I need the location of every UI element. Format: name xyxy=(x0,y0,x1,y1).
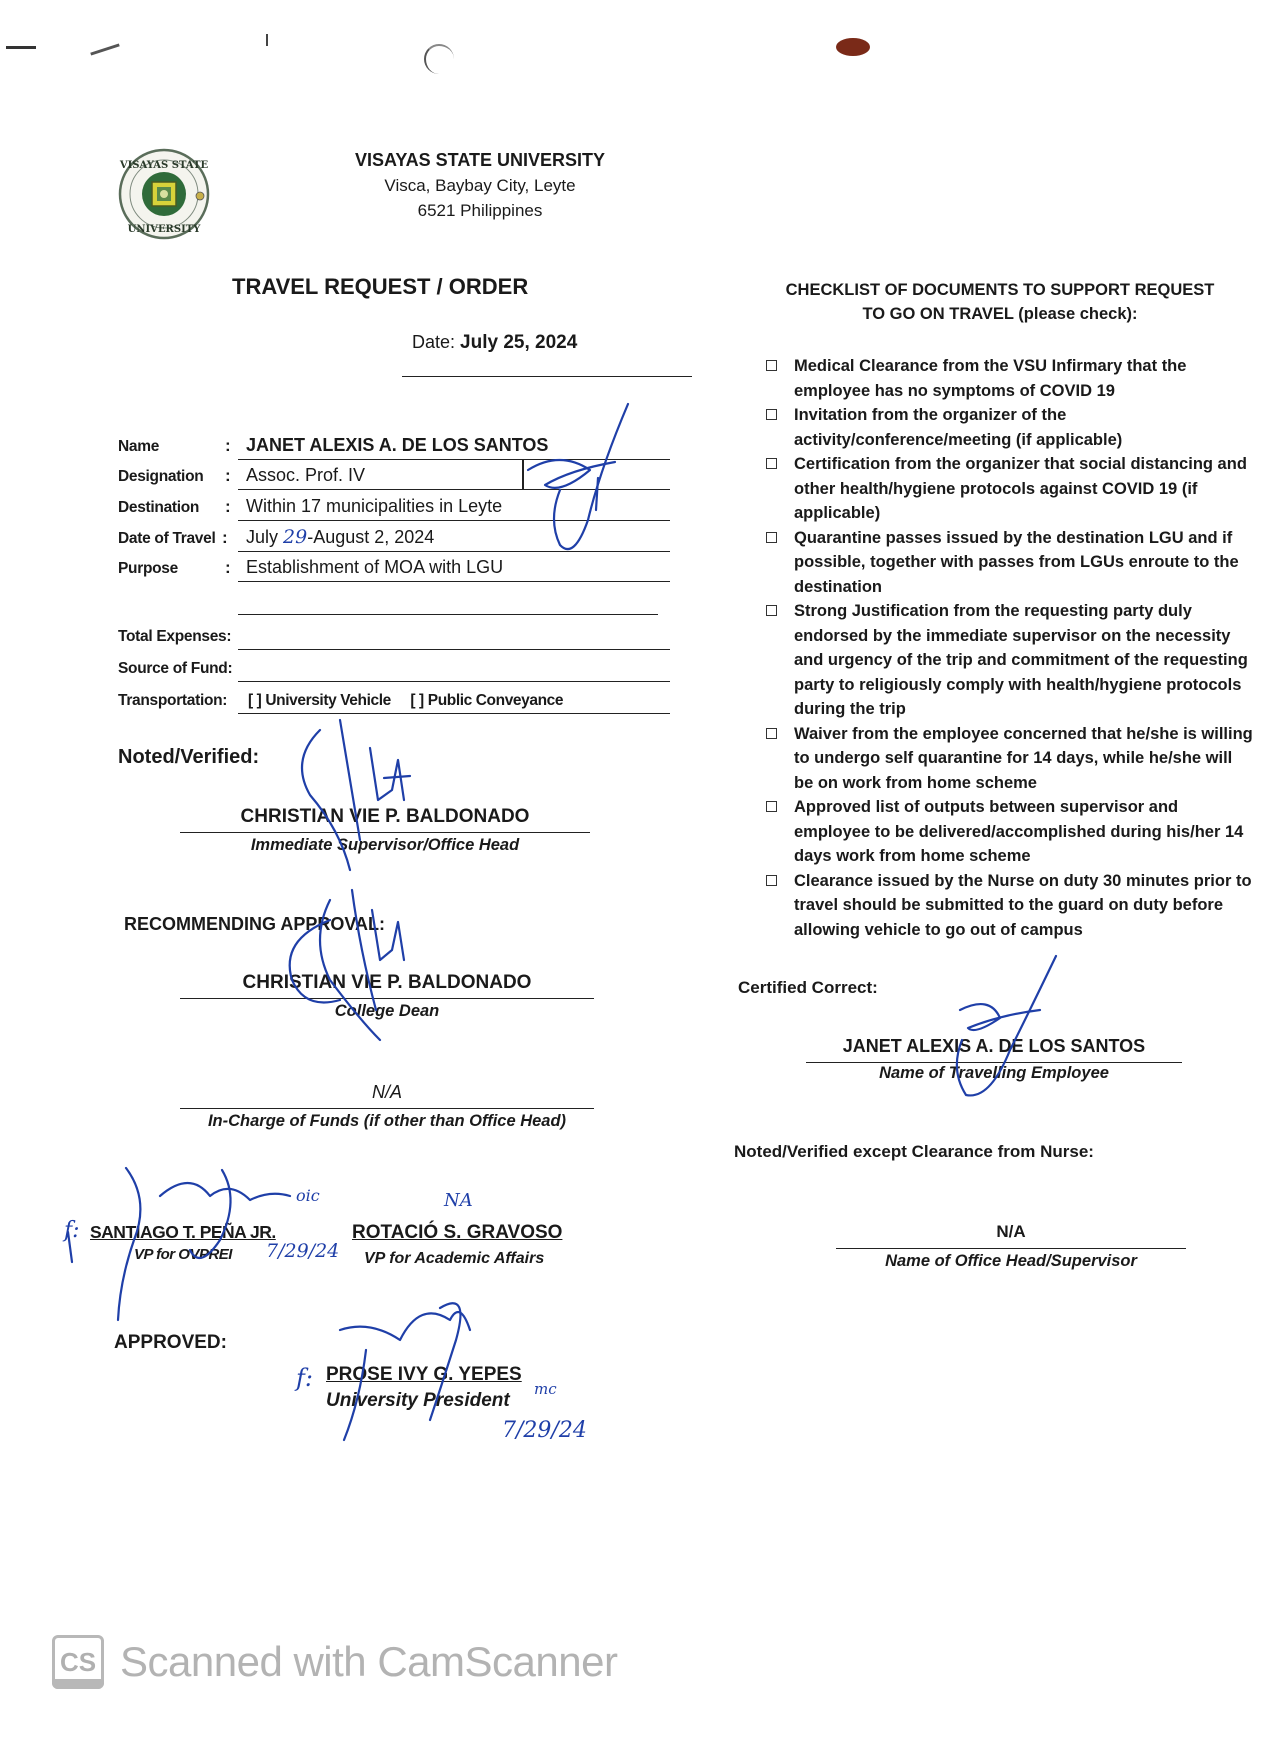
date-label: Date: xyxy=(412,332,455,352)
handwritten-day: 29 xyxy=(283,526,307,548)
president-name: PROSE IVY G. YEPES xyxy=(326,1364,522,1386)
checklist-item-certification[interactable]: Certification from the organizer that so… xyxy=(764,452,1254,526)
president-prefix: f: xyxy=(296,1364,313,1392)
seal-icon: VISAYAS STATE UNIVERSITY xyxy=(118,148,210,240)
checklist: Medical Clearance from the VSU Infirmary… xyxy=(764,354,1254,942)
field-underline xyxy=(238,581,670,582)
option-label: Public Conveyance xyxy=(428,692,563,709)
office-head-name: N/A xyxy=(836,1222,1186,1242)
recommending-approval-label: RECOMMENDING APPROVAL: xyxy=(124,914,385,935)
vp-ovprei-oic-note: oic xyxy=(296,1186,320,1205)
checklist-title-line-2: TO GO ON TRAVEL (please check): xyxy=(770,302,1230,326)
field-label: Designation xyxy=(118,468,203,486)
field-label: Date of Travel xyxy=(118,530,215,548)
field-total-expenses[interactable]: Total Expenses: xyxy=(118,620,658,650)
travel-end-date: -August 2, 2024 xyxy=(307,527,434,547)
field-underline xyxy=(238,649,670,650)
colon: : xyxy=(222,528,228,548)
scan-artifact-tick xyxy=(266,34,268,46)
checklist-item-nurse-clearance[interactable]: Clearance issued by the Nurse on duty 30… xyxy=(764,869,1254,943)
dean-name: CHRISTIAN VIE P. BALDONADO xyxy=(180,972,594,994)
field-underline xyxy=(238,489,670,490)
purpose-extra-line xyxy=(238,614,658,615)
dean-title: College Dean xyxy=(180,1002,594,1021)
field-label: Transportation: xyxy=(118,692,227,710)
field-underline xyxy=(238,713,670,714)
employee-signature-line xyxy=(806,1062,1182,1063)
field-designation[interactable]: Designation : Assoc. Prof. IV xyxy=(118,460,658,490)
field-value: JANET ALEXIS A. DE LOS SANTOS xyxy=(246,435,548,456)
supervisor-title: Immediate Supervisor/Office Head xyxy=(180,836,590,855)
funds-signature-line xyxy=(180,1108,594,1109)
field-label: Source of Fund: xyxy=(118,660,232,678)
checklist-item-medical-clearance[interactable]: Medical Clearance from the VSU Infirmary… xyxy=(764,354,1254,403)
checklist-item-text: Strong Justification from the requesting… xyxy=(794,602,1248,718)
checkbox[interactable] xyxy=(766,458,777,469)
checklist-item-text: Quarantine passes issued by the destinat… xyxy=(794,529,1239,596)
camscanner-logo-icon: CS xyxy=(52,1635,104,1689)
option-label: University Vehicle xyxy=(265,692,390,709)
checkbox[interactable] xyxy=(766,728,777,739)
date-value: July 25, 2024 xyxy=(460,332,577,353)
field-source-of-fund[interactable]: Source of Fund: xyxy=(118,652,658,682)
vp-ovprei-sign-date: 7/29/24 xyxy=(266,1240,339,1262)
checkbox[interactable] xyxy=(766,801,777,812)
field-destination[interactable]: Destination : Within 17 municipalities i… xyxy=(118,491,658,521)
president-mc-note: mc xyxy=(534,1380,557,1398)
checklist-title-line-1: CHECKLIST OF DOCUMENTS TO SUPPORT REQUES… xyxy=(770,278,1230,302)
field-label: Purpose xyxy=(118,560,178,578)
funds-name: N/A xyxy=(180,1082,594,1103)
scan-artifact-fold xyxy=(90,43,119,55)
field-value: July 29-August 2, 2024 xyxy=(246,526,434,548)
checklist-item-text: Certification from the organizer that so… xyxy=(794,455,1247,522)
university-name: VISAYAS STATE UNIVERSITY xyxy=(330,148,630,173)
svg-text:VISAYAS STATE: VISAYAS STATE xyxy=(119,160,209,171)
camscanner-watermark: CS Scanned with CamScanner xyxy=(52,1632,617,1692)
scan-artifact-top-left xyxy=(6,46,36,49)
checkbox-bracket[interactable]: [ ] xyxy=(248,692,261,709)
checkbox[interactable] xyxy=(766,875,777,886)
certified-correct-label: Certified Correct: xyxy=(738,978,878,998)
colon: : xyxy=(225,558,231,578)
watermark-text: Scanned with CamScanner xyxy=(120,1638,617,1686)
field-underline xyxy=(238,681,670,682)
punch-hole xyxy=(424,44,454,74)
checklist-item-text: Approved list of outputs between supervi… xyxy=(794,798,1243,865)
transport-option-university-vehicle[interactable]: [ ] University Vehicle xyxy=(248,692,391,709)
colon: : xyxy=(225,436,231,456)
checklist-item-invitation[interactable]: Invitation from the organizer of the act… xyxy=(764,403,1254,452)
field-transportation: Transportation: [ ] University Vehicle [… xyxy=(118,684,658,714)
checklist-item-justification[interactable]: Strong Justification from the requesting… xyxy=(764,599,1254,722)
checklist-item-text: Waiver from the employee concerned that … xyxy=(794,725,1253,792)
checkbox-bracket[interactable]: [ ] xyxy=(410,692,423,709)
president-title: University President xyxy=(326,1390,510,1412)
dean-signature-line xyxy=(180,998,594,999)
vp-ovprei-signature-icon xyxy=(68,1168,290,1320)
checklist-title: CHECKLIST OF DOCUMENTS TO SUPPORT REQUES… xyxy=(770,278,1230,326)
letterhead: VISAYAS STATE UNIVERSITY Visca, Baybay C… xyxy=(330,148,630,223)
vp-ovprei-prefix: f: xyxy=(64,1218,80,1243)
transport-option-public-conveyance[interactable]: [ ] Public Conveyance xyxy=(410,692,563,709)
supervisor-name: CHRISTIAN VIE P. BALDONADO xyxy=(180,806,590,828)
checkbox[interactable] xyxy=(766,605,777,616)
checklist-item-waiver[interactable]: Waiver from the employee concerned that … xyxy=(764,722,1254,796)
colon: : xyxy=(225,497,231,517)
checklist-item-text: Clearance issued by the Nurse on duty 30… xyxy=(794,872,1252,939)
field-value: Within 17 municipalities in Leyte xyxy=(246,496,502,517)
colon: : xyxy=(225,466,231,486)
field-value: Assoc. Prof. IV xyxy=(246,465,365,486)
checklist-item-text: Medical Clearance from the VSU Infirmary… xyxy=(794,357,1186,400)
designation-box-divider xyxy=(522,460,524,490)
address-line-2: 6521 Philippines xyxy=(330,198,630,223)
vp-ovprei-name: SANTIAGO T. PEÑA JR. xyxy=(90,1222,276,1243)
stain-dot xyxy=(836,38,870,56)
field-label: Destination xyxy=(118,499,199,517)
checklist-item-approved-outputs[interactable]: Approved list of outputs between supervi… xyxy=(764,795,1254,869)
noted-verified-label: Noted/Verified: xyxy=(118,746,259,769)
field-purpose[interactable]: Purpose : Establishment of MOA with LGU xyxy=(118,552,658,582)
employee-title: Name of Travelling Employee xyxy=(806,1064,1182,1083)
field-label: Name xyxy=(118,438,159,456)
university-seal: VISAYAS STATE UNIVERSITY xyxy=(118,148,210,240)
employee-name: JANET ALEXIS A. DE LOS SANTOS xyxy=(806,1036,1182,1057)
vp-academic-name: ROTACIÓ S. GRAVOSO xyxy=(352,1222,562,1244)
checkbox[interactable] xyxy=(766,409,777,420)
address-line-1: Visca, Baybay City, Leyte xyxy=(330,173,630,198)
travel-month: July xyxy=(246,527,278,547)
field-underline xyxy=(238,520,670,521)
transport-options: [ ] University Vehicle [ ] Public Convey… xyxy=(248,692,563,710)
checklist-item-quarantine-passes[interactable]: Quarantine passes issued by the destinat… xyxy=(764,526,1254,600)
office-head-title: Name of Office Head/Supervisor xyxy=(836,1252,1186,1271)
field-label: Total Expenses: xyxy=(118,628,231,646)
vp-academic-title: VP for Academic Affairs xyxy=(364,1250,544,1268)
field-name[interactable]: Name : JANET ALEXIS A. DE LOS SANTOS xyxy=(118,430,658,460)
supervisor-signature-line xyxy=(180,832,590,833)
date-line: Date: July 25, 2024 xyxy=(412,332,577,354)
date-underline xyxy=(402,376,692,377)
approved-label: APPROVED: xyxy=(114,1332,227,1354)
funds-title: In-Charge of Funds (if other than Office… xyxy=(180,1112,594,1131)
checkbox[interactable] xyxy=(766,360,777,371)
field-date-of-travel[interactable]: Date of Travel : July 29-August 2, 2024 xyxy=(118,522,658,552)
checklist-item-text: Invitation from the organizer of the act… xyxy=(794,406,1122,449)
vp-academic-na-note: NA xyxy=(444,1190,473,1211)
nurse-clearance-label: Noted/Verified except Clearance from Nur… xyxy=(734,1142,1094,1162)
president-sign-date: 7/29/24 xyxy=(502,1418,587,1443)
svg-text:UNIVERSITY: UNIVERSITY xyxy=(128,224,202,235)
form-title: TRAVEL REQUEST / ORDER xyxy=(232,274,528,300)
field-value: Establishment of MOA with LGU xyxy=(246,557,503,578)
checkbox[interactable] xyxy=(766,532,777,543)
vp-ovprei-title: VP for OVPREI xyxy=(134,1246,232,1263)
office-head-signature-line xyxy=(836,1248,1186,1249)
